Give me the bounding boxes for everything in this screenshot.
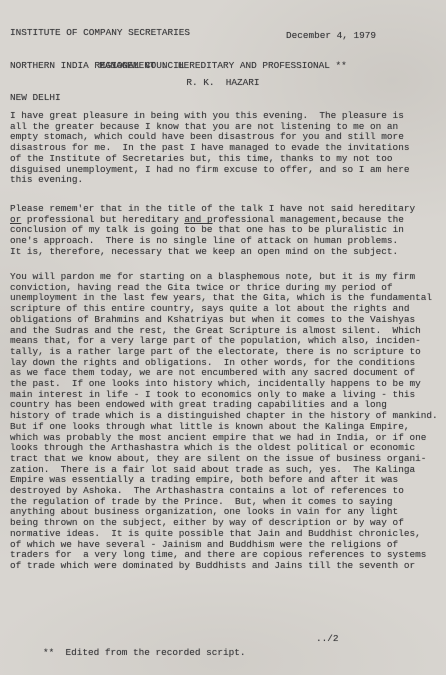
author-name: R. K. HAZARI bbox=[0, 78, 446, 89]
footnote: ** Edited from the recorded script. bbox=[43, 648, 246, 659]
paragraph-3: You will pardon me for starting on a bla… bbox=[10, 272, 444, 572]
date-line: December 4, 1979 bbox=[286, 31, 376, 42]
page-title: MANAGEMENT : HEREDITARY AND PROFESSIONAL… bbox=[0, 61, 446, 72]
org-line-3: NEW DELHI bbox=[10, 93, 190, 104]
paragraph-1: I have great pleasure in being with you … bbox=[10, 111, 444, 186]
document-page: INSTITUTE OF COMPANY SECRETARIES NORTHER… bbox=[0, 0, 446, 675]
page-number-marker: ../2 bbox=[316, 634, 339, 645]
org-line-1: INSTITUTE OF COMPANY SECRETARIES bbox=[10, 28, 190, 39]
paragraph-2: Please remem'er that in the title of the… bbox=[10, 204, 444, 258]
